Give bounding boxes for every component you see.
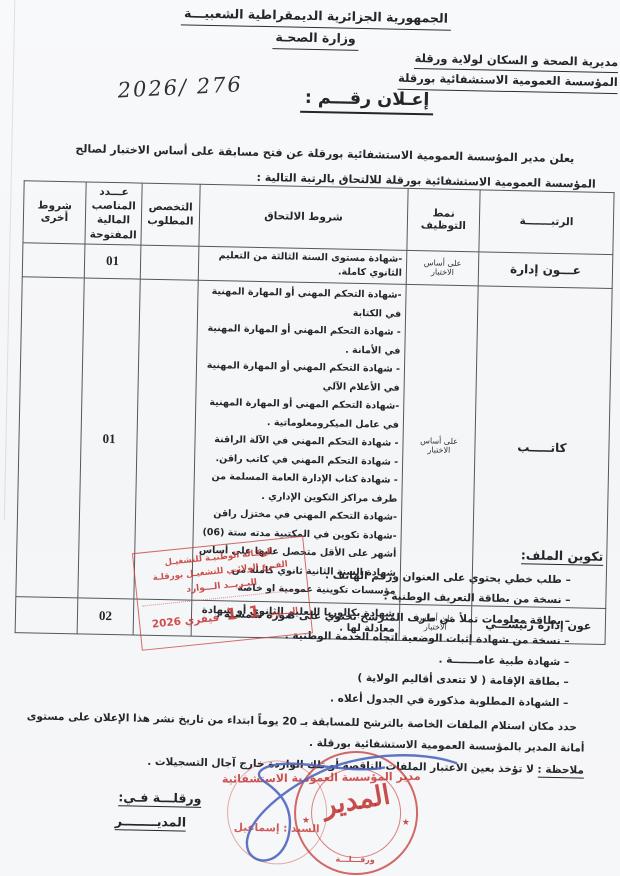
condition-line: - شهادة التحكم المهني أو المهارة المهنية… bbox=[200, 357, 400, 398]
condition-line: -شهادة التحكم المهني أو المهارة المهنية … bbox=[202, 283, 402, 324]
scan-edge-line bbox=[4, 0, 16, 520]
stamp-month-year: فيفري 2026 bbox=[151, 610, 220, 635]
col-header-specialty: التخصص المطلوب bbox=[141, 183, 200, 246]
col-header-mode: نمط التوظيف bbox=[407, 188, 480, 251]
stamp-day-value: 1 1 bbox=[225, 598, 264, 629]
mode-cell: على أساس الاختبار bbox=[406, 250, 479, 286]
file-section-title: تكوين الملف: bbox=[521, 547, 604, 566]
handwritten-signature bbox=[204, 742, 465, 876]
file-items-list: – طلب خطي يحتوي على العنوان ورقم الهاتف … bbox=[13, 559, 603, 714]
announcement-label: إعـلان رقـــم : bbox=[301, 88, 434, 116]
announcement-number-handwritten: 2026/ 276 bbox=[117, 72, 243, 102]
note-label: ملاحظة : bbox=[537, 763, 584, 778]
col-header-rank: الرتبـــــــة bbox=[479, 190, 614, 254]
condition-line: - شهادة التحكم المهني أو المهارة المهنية… bbox=[201, 320, 401, 361]
employment-agency-stamp: الوكـالة الوطنيـة للتشغيـل الفـرع الولائ… bbox=[132, 536, 313, 651]
place-date-line: ورقلـــة فـي: bbox=[118, 789, 201, 808]
other-conditions-cell bbox=[22, 242, 85, 278]
stamp-day-label: اليـــوم bbox=[269, 604, 298, 620]
directorate-block: مديرية الصحة و السكان لولاية ورقلة المؤس… bbox=[398, 49, 619, 94]
specialty-cell bbox=[140, 245, 199, 281]
positions-cell: 01 bbox=[84, 244, 141, 280]
condition-line: -شهادة مستوى السنة الثالثة من التعليم ال… bbox=[203, 249, 403, 282]
col-header-positions: عـــدد المناصب المالية المفتوحة bbox=[85, 182, 142, 245]
col-header-other: شروط أخرى bbox=[23, 181, 86, 244]
rank-cell: عـــون إدارة bbox=[478, 252, 613, 289]
conditions-cell: -شهادة مستوى السنة الثالثة من التعليم ال… bbox=[198, 246, 407, 285]
condition-line: - شهادة كتاب الإدارة العامة المسلمة من ط… bbox=[198, 468, 398, 509]
signature-title: المديــــــــر bbox=[115, 813, 187, 831]
col-header-conditions: شروط الالتحاق bbox=[199, 184, 408, 250]
ministry-title: وزارة الصحـة bbox=[272, 27, 359, 51]
condition-line: -شهادة التحكم المهني أو المهارة المهنية … bbox=[200, 394, 400, 435]
government-header: الجمهورية الجزائرية الديمقراطية الشعبيــ… bbox=[152, 3, 479, 54]
scanned-announcement-page: الجمهورية الجزائرية الديمقراطية الشعبيــ… bbox=[0, 0, 620, 876]
page-content: الجمهورية الجزائرية الديمقراطية الشعبيــ… bbox=[0, 0, 620, 876]
